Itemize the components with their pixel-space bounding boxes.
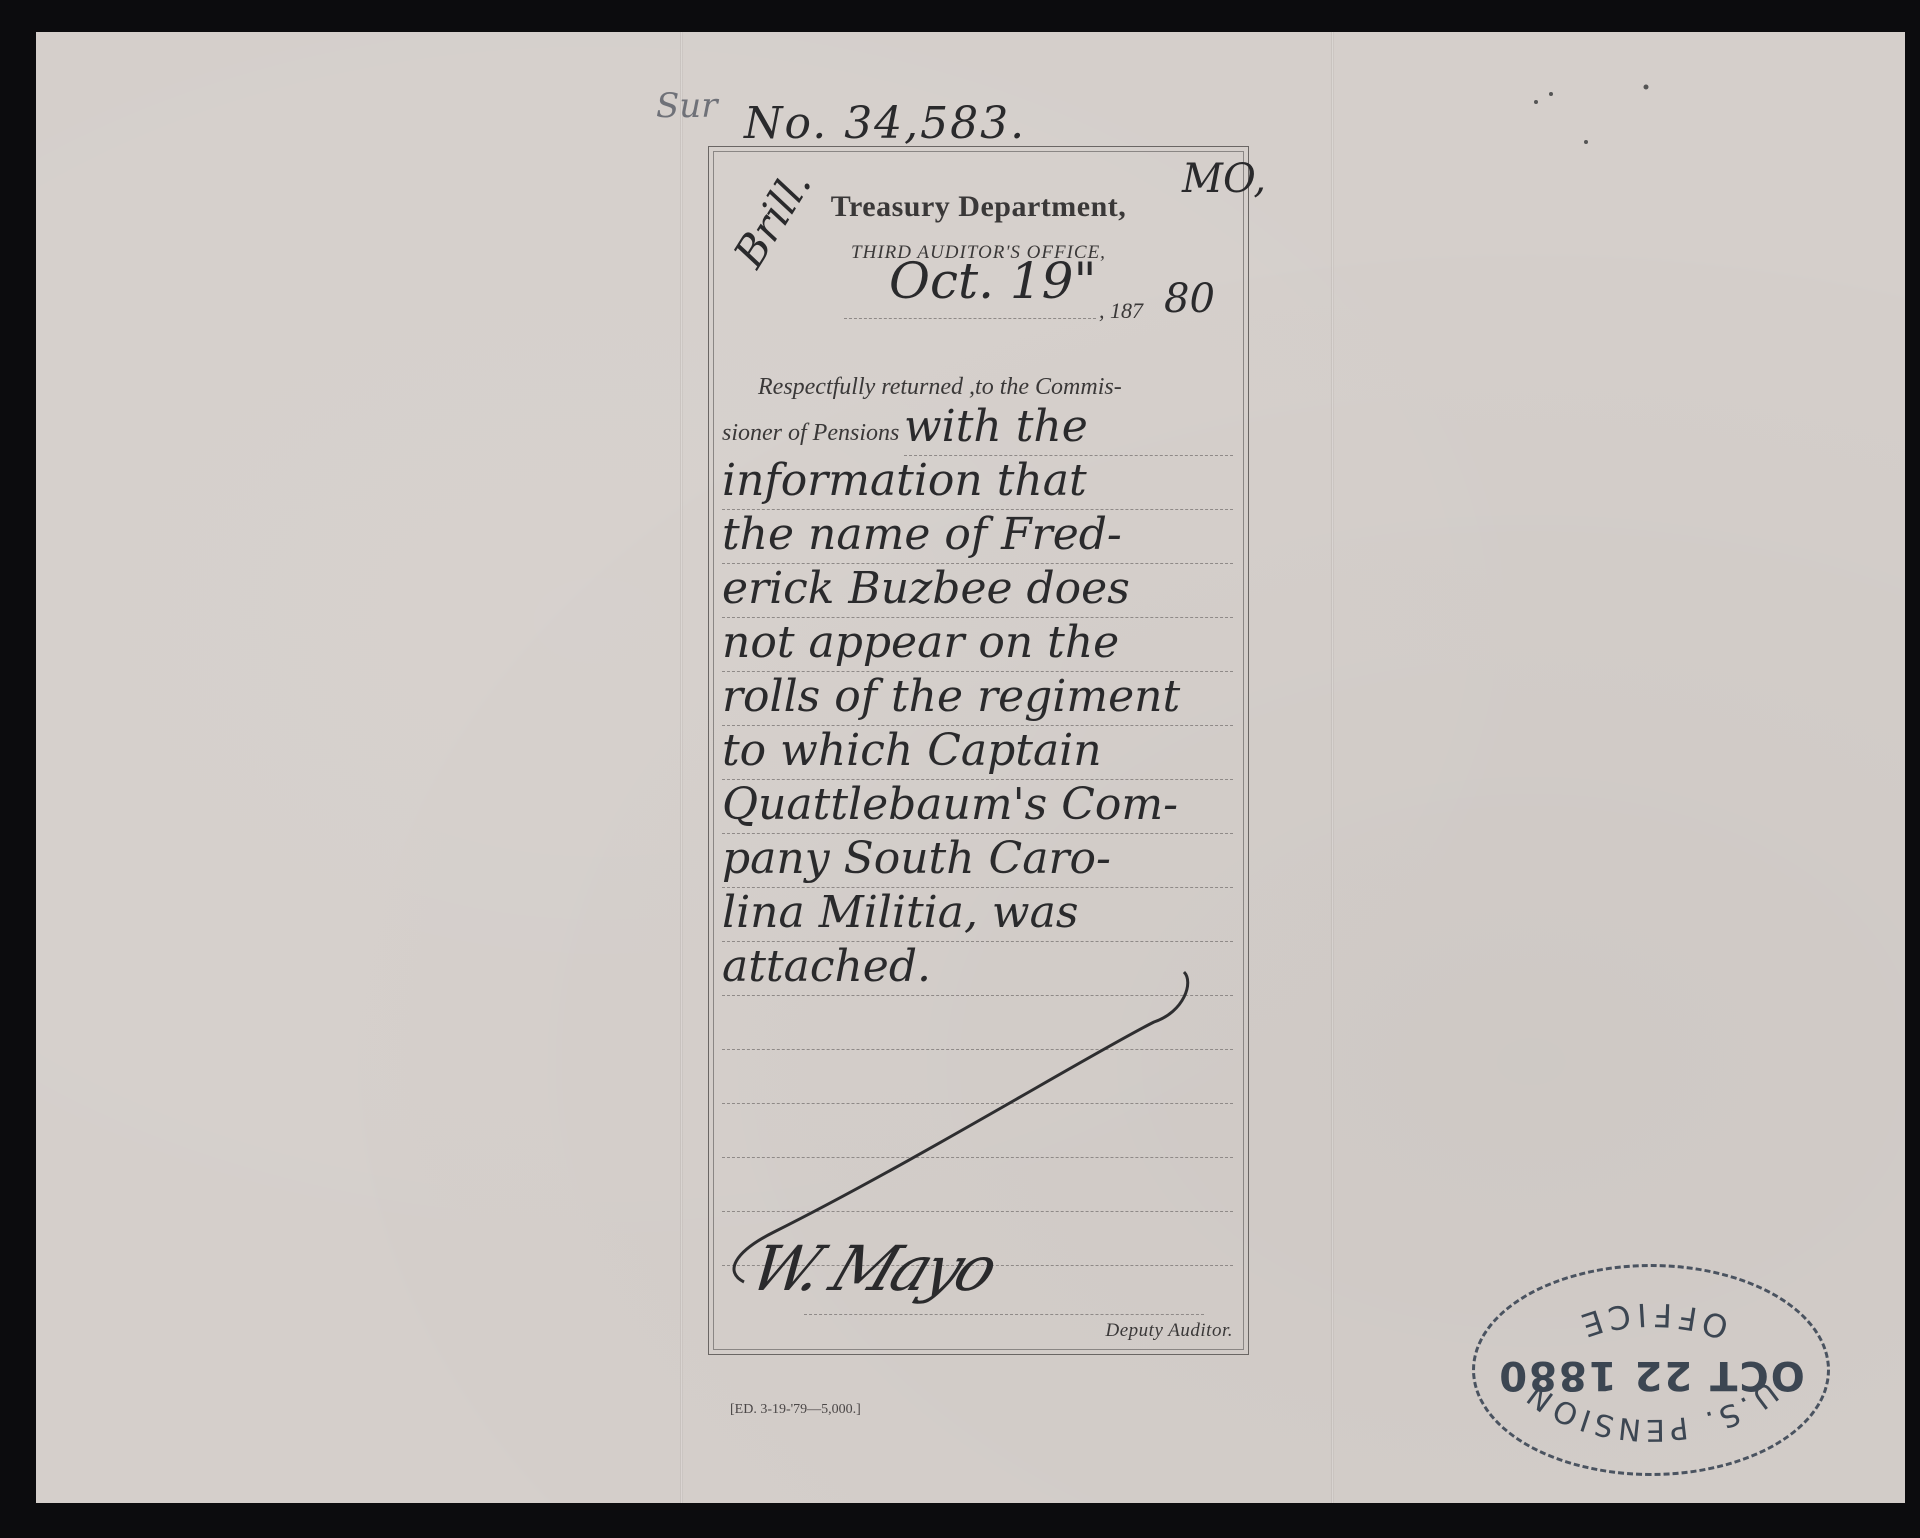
fold-crease-right [1331, 32, 1334, 1503]
paper-specks [1506, 72, 1706, 192]
document-paper: Sur No. 34,583. Treasury Department, MO,… [36, 32, 1905, 1503]
signature-title: Deputy Auditor. [1106, 1320, 1233, 1342]
edition-note: [ED. 3-19-'79—5,000.] [730, 1402, 861, 1418]
closing-flourish-stroke [714, 152, 1247, 1353]
signature-line [804, 1314, 1204, 1315]
file-number-prefix: Sur [656, 86, 717, 126]
svg-text:OFFICE: OFFICE [1569, 1295, 1733, 1346]
deputy-auditor-signature: W. Mayo [741, 1232, 1005, 1305]
form-box: Treasury Department, MO, THIRD AUDITOR'S… [708, 146, 1249, 1355]
stamp-bottom-arc-text: OFFICE [1569, 1295, 1733, 1346]
stamp-date: OCT 22 1880 [1472, 1352, 1830, 1398]
form-box-inner-border: Treasury Department, MO, THIRD AUDITOR'S… [713, 151, 1244, 1350]
fold-crease-left [680, 32, 683, 1503]
file-number: No. 34,583. [744, 98, 1026, 149]
pension-office-stamp: U.S. PENSION OFFICE OCT 22 1880 [1472, 1264, 1830, 1476]
